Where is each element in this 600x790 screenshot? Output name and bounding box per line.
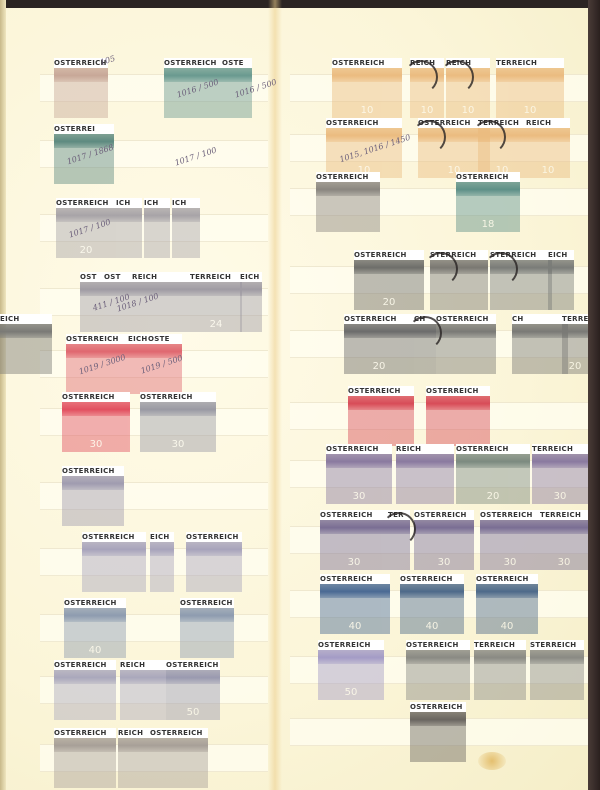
stamp-inscription: OSTERREICH (456, 172, 520, 182)
stamp-inscription: TERREICH (540, 510, 588, 520)
stamp: EICH (240, 272, 262, 332)
stamp-inscription: OSTERREICH (332, 58, 402, 68)
stamp-vignette (496, 68, 564, 82)
stamp-under-glassine: 10 (332, 82, 402, 118)
stamp-denomination: 20 (344, 361, 414, 372)
stamp-inscription: OSTERREICH (436, 314, 496, 324)
stamp-denomination: 40 (476, 621, 538, 632)
stamp-vignette (414, 520, 474, 534)
stamp: OSTERREICH40 (64, 598, 126, 658)
stamp-vignette (410, 712, 466, 726)
stamp-under-glassine (116, 222, 142, 258)
stamp-inscription: OSTERREICH (354, 250, 424, 260)
stamp-inscription: OSTERREICH (320, 510, 388, 520)
stamp-vignette (316, 182, 380, 196)
stamp-vignette (172, 208, 200, 222)
stamp: TERREICH30 (532, 444, 588, 504)
stamp: OSTERREICH30 (480, 510, 540, 570)
stamp-vignette (348, 396, 414, 410)
stamp: REICH10 (526, 118, 570, 178)
stamp-inscription: OSTE (222, 58, 252, 68)
stamp-denomination: 20 (456, 491, 530, 502)
stamp-vignette (456, 182, 520, 196)
stamp: OSTERREICH (426, 386, 490, 446)
stamp-under-glassine (548, 274, 574, 310)
stamp: OSTERREICH (180, 598, 234, 658)
stamp-inscription: ICH (116, 198, 142, 208)
stamp-vignette (144, 208, 170, 222)
stamp-under-glassine: 20 (562, 338, 588, 374)
stamp-vignette (320, 520, 388, 534)
stamp: TERREICH20 (562, 314, 588, 374)
stamp-under-glassine: 30 (414, 534, 474, 570)
stamp-inscription: OSTERREICH (476, 574, 538, 584)
stamp-inscription: OSTERREI (54, 124, 114, 134)
stamp-under-glassine: 18 (456, 196, 520, 232)
stamp-denomination: 10 (410, 105, 444, 116)
stamp: OSTERREICH40 (320, 574, 390, 634)
stamp: TERREICH (474, 640, 526, 700)
stamp-vignette (62, 402, 130, 416)
paper-stain (478, 752, 506, 770)
stamp-under-glassine: 10 (496, 82, 564, 118)
stamp-inscription: OSTERREICH (348, 386, 414, 396)
stamp-inscription: TERREICH (562, 314, 588, 324)
stamp-vignette (54, 670, 116, 684)
postmark-cancel (472, 120, 506, 154)
stamp-under-glassine (512, 338, 568, 374)
stamp-inscription: REICH (118, 728, 150, 738)
stamp-vignette (344, 324, 414, 338)
stamp-inscription: OSTERREICH (186, 532, 242, 542)
stamp-inscription: OSTERREICH (150, 728, 208, 738)
stamp-inscription: OSTERREICH (164, 58, 222, 68)
stamp-under-glassine: 24 (190, 296, 242, 332)
stamp-inscription: OSTERREICH (64, 598, 126, 608)
stamp-inscription: STERREICH (530, 640, 584, 650)
stamp-inscription: OSTERREICH (426, 386, 490, 396)
stamp-under-glassine (172, 222, 200, 258)
stamp: ICH (144, 198, 170, 258)
stamp-vignette (532, 454, 588, 468)
stamp-inscription: OSTERREICH (62, 392, 130, 402)
postmark-cancel (440, 60, 474, 94)
stamp-under-glassine (150, 752, 208, 788)
stamp-denomination: 40 (400, 621, 464, 632)
stamp: OSTERREICH (406, 640, 470, 700)
stamp: TERREICH30 (540, 510, 588, 570)
stamp-inscription: REICH (396, 444, 454, 454)
stamp: OSTERREICH (316, 172, 380, 232)
postmark-cancel (412, 120, 446, 154)
stamp-inscription: EICH (128, 334, 148, 344)
stamp-inscription: EICH (548, 250, 574, 260)
stamp-under-glassine (406, 664, 470, 700)
stamp: ICH (116, 198, 142, 258)
stamp-vignette (186, 542, 242, 556)
stamp: TERREICH24 (190, 272, 242, 332)
stamp-under-glassine (348, 410, 414, 446)
stamp-vignette (426, 396, 490, 410)
stamp-denomination: 30 (532, 491, 588, 502)
stamp-under-glassine (240, 296, 262, 332)
stamp-under-glassine (54, 752, 116, 788)
stamp-inscription: TERREICH (496, 58, 564, 68)
stamp-vignette (540, 520, 588, 534)
stamp-inscription: OST (104, 272, 132, 282)
stamp-under-glassine (180, 622, 234, 658)
stamp-vignette (140, 402, 216, 416)
stamp-vignette (128, 344, 148, 358)
stamp-under-glassine: 50 (166, 684, 220, 720)
stamp-under-glassine: 30 (326, 468, 392, 504)
stamp-vignette (320, 584, 390, 598)
stamp-under-glassine (474, 664, 526, 700)
stamp-inscription: OSTERREICH (318, 640, 384, 650)
stamp-under-glassine: 30 (480, 534, 540, 570)
stamp-vignette (332, 68, 402, 82)
stamp-denomination: 40 (320, 621, 390, 632)
stamp-under-glassine (396, 468, 454, 504)
stamp-denomination: 30 (540, 557, 588, 568)
stamp-vignette (436, 324, 496, 338)
stamp-inscription: OSTERREICH (62, 466, 124, 476)
stamp-vignette (240, 282, 262, 296)
stamp-under-glassine: 20 (354, 274, 424, 310)
stamp: OSTERREICH30 (140, 392, 216, 452)
stamp-under-glassine: 40 (400, 598, 464, 634)
page-left-edge (0, 0, 6, 790)
stamp-vignette (476, 584, 538, 598)
stamp-vignette (222, 68, 252, 82)
stamp-vignette (326, 454, 392, 468)
stamp-denomination: 30 (414, 557, 474, 568)
stamp-inscription: OST (80, 272, 104, 282)
stamp-vignette (512, 324, 568, 338)
stamp-inscription: OSTERREICH (140, 392, 216, 402)
stamp-under-glassine: 30 (540, 534, 588, 570)
stockbook-right-binding (588, 0, 600, 790)
stamp-under-glassine: 40 (320, 598, 390, 634)
stamp-under-glassine: 30 (62, 416, 130, 452)
stamp-denomination: 40 (64, 645, 126, 656)
stamp-inscription: OSTERREICH (180, 598, 234, 608)
stamp-vignette (180, 608, 234, 622)
stamp-denomination: 10 (526, 165, 570, 176)
stamp-denomination: 30 (326, 491, 392, 502)
stamp-inscription: EICH (150, 532, 174, 542)
stamp: OSTERREICH20 (456, 444, 530, 504)
stamp-denomination: 50 (166, 707, 220, 718)
stamp: OSTERREICH30 (320, 510, 388, 570)
stamp-denomination: 24 (190, 319, 242, 330)
stamp-vignette (0, 324, 52, 338)
stamp: STERREICH (530, 640, 584, 700)
postmark-cancel (404, 60, 438, 94)
stamp: OSTERREICH (150, 728, 208, 788)
stamp-under-glassine (54, 82, 108, 118)
stamp-vignette (120, 670, 166, 684)
postmark-cancel (484, 252, 518, 286)
stamp-denomination: 18 (456, 219, 520, 230)
stamp: OSTERREICH (410, 702, 466, 762)
stamp-under-glassine: 50 (318, 664, 384, 700)
stamp-inscription: OSTERREICH (54, 660, 116, 670)
stamp-vignette (396, 454, 454, 468)
stamp-vignette (406, 650, 470, 664)
postmark-cancel (382, 512, 416, 546)
stamp-vignette (62, 476, 124, 490)
stamp: OSTERREICH40 (400, 574, 464, 634)
stamp-vignette (166, 670, 220, 684)
stamp-vignette (80, 282, 104, 296)
stamp: CH (512, 314, 568, 374)
stamp-vignette (548, 260, 574, 274)
stamp-inscription: OSTERREICH (326, 118, 402, 128)
stamp-inscription: OSTERREICH (54, 728, 116, 738)
stamp-vignette (150, 738, 208, 752)
stamp: OSTERREICH (348, 386, 414, 446)
stamp-vignette (118, 738, 150, 752)
stamp-under-glassine: 40 (64, 622, 126, 658)
stamp: OSTERREICH (62, 466, 124, 526)
stamp-under-glassine (530, 664, 584, 700)
stamp-inscription: OSTERREICH (406, 640, 470, 650)
postmark-cancel (408, 316, 442, 350)
stamp-under-glassine (62, 490, 124, 526)
stamp: ICH (172, 198, 200, 258)
stamp-under-glassine (316, 196, 380, 232)
stamp-vignette (64, 608, 126, 622)
stamp: OSTERREICH20 (344, 314, 414, 374)
stamp-vignette (190, 282, 242, 296)
stamp-inscription: OSTERREICH (410, 702, 466, 712)
stamp-inscription: EICH (240, 272, 262, 282)
stamp-inscription: REICH (526, 118, 570, 128)
stamp-inscription: OSTERREICH (400, 574, 464, 584)
stamp-under-glassine (150, 556, 174, 592)
stamp-inscription: OSTERREICH (414, 510, 474, 520)
stamp-inscription: REICH (132, 272, 190, 282)
postmark-cancel (424, 252, 458, 286)
stamp: OSTERREICH40 (476, 574, 538, 634)
stamp: OSTERREICH (54, 58, 108, 118)
stamp-under-glassine (54, 684, 116, 720)
stamp: OSTERREICH10 (332, 58, 402, 118)
stamp: OSTERREICH (436, 314, 496, 374)
stamp: OSTERREICH50 (318, 640, 384, 700)
stamp-inscription: OSTERREICH (316, 172, 380, 182)
stamp-under-glassine: 30 (532, 468, 588, 504)
stamp-under-glassine: 40 (476, 598, 538, 634)
stamp-under-glassine (128, 358, 148, 394)
stamp: REICH (118, 728, 150, 788)
stamp-inscription: OSTERREICH (56, 198, 116, 208)
page-center-fold (268, 0, 282, 790)
stamp-under-glassine (0, 338, 52, 374)
stamp-inscription: OSTERREICH (66, 334, 128, 344)
stamp-under-glassine (426, 410, 490, 446)
stamp-vignette (82, 542, 146, 556)
stamp-vignette (150, 542, 174, 556)
stamp: OSTERREICH (54, 660, 116, 720)
stamp: TERREICH10 (496, 58, 564, 118)
stamp: OSTERREICH (82, 532, 146, 592)
stamp-denomination: 30 (320, 557, 388, 568)
stamp-inscription: OSTERREICH (82, 532, 146, 542)
stamp-under-glassine (186, 556, 242, 592)
stamp-under-glassine (120, 684, 166, 720)
stamp: OSTERREICH30 (414, 510, 474, 570)
stamp: EICH (0, 314, 52, 374)
stamp-denomination: 30 (480, 557, 540, 568)
stamp-under-glassine (144, 222, 170, 258)
stamp-denomination: 20 (354, 297, 424, 308)
stamp-vignette (400, 584, 464, 598)
stamp-under-glassine (118, 752, 150, 788)
stamp: OSTERREICH (186, 532, 242, 592)
stamp-under-glassine (82, 556, 146, 592)
stamp-denomination: 10 (446, 105, 490, 116)
stamp-denomination: 50 (318, 687, 384, 698)
stamp-under-glassine (410, 726, 466, 762)
stamp-denomination: 30 (62, 439, 130, 450)
stamp-inscription: OSTERREICH (456, 444, 530, 454)
stamp-inscription: OSTERREICH (320, 574, 390, 584)
stamp: OSTERREICH (54, 728, 116, 788)
stamp-vignette (474, 650, 526, 664)
stamp-vignette (530, 650, 584, 664)
stamp-inscription: OSTERREICH (480, 510, 540, 520)
stamp-vignette (54, 738, 116, 752)
stamp-vignette (318, 650, 384, 664)
stamp-inscription: OSTERREICH (344, 314, 414, 324)
stamp-under-glassine: 30 (320, 534, 388, 570)
stamp-under-glassine: 20 (344, 338, 414, 374)
stamp-denomination: 30 (140, 439, 216, 450)
stamp-inscription: TERREICH (532, 444, 588, 454)
stamp: OSTERREICH50 (166, 660, 220, 720)
stamp: EICH (150, 532, 174, 592)
stamp: OSTERREICH30 (62, 392, 130, 452)
stamp-inscription: OSTERREICH (166, 660, 220, 670)
stamp-under-glassine: 30 (140, 416, 216, 452)
stamp-inscription: REICH (120, 660, 166, 670)
stamp: EICH (548, 250, 574, 310)
stamp-vignette (562, 324, 588, 338)
stamp: OSTERREICH20 (354, 250, 424, 310)
stamp-under-glassine: 20 (456, 468, 530, 504)
stamp-vignette (456, 454, 530, 468)
stamp: OSTERREICH30 (326, 444, 392, 504)
stamp-vignette (132, 282, 190, 296)
stamp-denomination: 20 (56, 245, 116, 256)
stamp-inscription: OSTERREICH (326, 444, 392, 454)
stamp: REICH (120, 660, 166, 720)
stamp-inscription: ICH (172, 198, 200, 208)
stamp-denomination: 20 (562, 361, 588, 372)
stamp-vignette (354, 260, 424, 274)
stamp-inscription: ICH (144, 198, 170, 208)
stamp-inscription: TERREICH (474, 640, 526, 650)
stamp-inscription: TERREICH (190, 272, 242, 282)
stamp-inscription: EICH (0, 314, 52, 324)
stamp-under-glassine: 10 (526, 142, 570, 178)
stamp: REICH (396, 444, 454, 504)
stamp-denomination: 10 (332, 105, 402, 116)
stamp: OSTERREICH18 (456, 172, 520, 232)
stamp-inscription: OSTE (148, 334, 182, 344)
stamp-vignette (54, 68, 108, 82)
stamp-under-glassine (436, 338, 496, 374)
stamp-vignette (480, 520, 540, 534)
stamp-vignette (526, 128, 570, 142)
stamp-vignette (116, 208, 142, 222)
stamp-denomination: 10 (496, 105, 564, 116)
stamp-inscription: CH (512, 314, 568, 324)
